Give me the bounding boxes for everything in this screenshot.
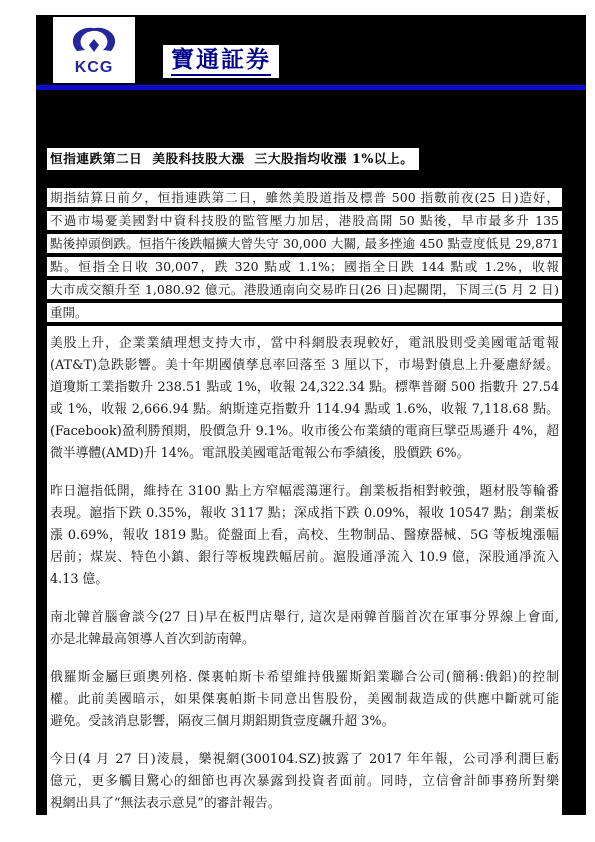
text-line: 或 1%，收報 2,666.94 點。納斯達克指數升 114.94 點或 1.6… — [50, 399, 559, 421]
article-paragraphs: 美股上升，企業業績理想支持大市，當中科網股表現較好，電訊股則受美國電話電報(AT… — [50, 333, 559, 815]
kcg-logo: KCG — [53, 17, 135, 83]
text-line: 道瓊斯工業指數升 238.51 點或 1%，收報 24,322.34 點。標準普… — [50, 377, 559, 399]
text-line: 俄羅斯金屬巨頭奧列格. 傑裏帕斯卡希望維持俄羅斯鋁業聯合公司(簡稱:俄鋁)的控制 — [50, 667, 559, 689]
paragraph: 今日(4 月 27 日)淩晨，樂視網(300104.SZ)披露了 2017 年年… — [50, 749, 559, 815]
brand-name: 寶通証券 — [171, 46, 271, 76]
text-line: 南北韓首腦會談今(27 日)早在板門店舉行, 這次是兩韓首腦首次在軍事分界線上會… — [50, 607, 559, 629]
brand-box: 寶通証券 — [163, 45, 279, 78]
text-line: 美股上升，企業業績理想支持大市，當中科網股表現較好，電訊股則受美國電話電報 — [50, 333, 559, 355]
text-line: 今日(4 月 27 日)淩晨，樂視網(300104.SZ)披露了 2017 年年… — [50, 749, 559, 771]
headline-text: 恒指連跌第二日 美股科技股大漲 三大股指均收漲 1%以上。 — [50, 151, 414, 166]
boxed-paragraph: 期指結算日前夕，恒指連跌第二日，雖然美股道指及標普 500 指數前夜(25 日)… — [47, 188, 562, 326]
kcg-logo-label: KCG — [75, 60, 114, 76]
text-line: 微半導體(AMD)升 14%。電訊股美國電話電報公布季績後，股價跌 6%。 — [50, 443, 559, 465]
text-line: (Facebook)盈利勝預期，股價急升 9.1%。收市後公布業績的電商巨擘亞馬… — [50, 421, 559, 443]
boxed-text-line: 期指結算日前夕，恒指連跌第二日，雖然美股道指及標普 500 指數前夜(25 日)… — [47, 188, 562, 207]
text-line: 避免。受該消息影響，隔夜三個月期鋁期貨壹度飆升超 3%。 — [50, 711, 559, 733]
boxed-text-line: 重開。 — [47, 303, 562, 322]
text-line: 視網出具了“無法表示意見”的審計報告。 — [50, 793, 559, 815]
text-line: 昨日滬指低開，維持在 3100 點上方窄幅震蕩運行。創業板指相對較強，題材股等輪… — [50, 481, 559, 503]
text-line: 億元，更多觸目驚心的細節也再次暴露到投資者面前。同時，立信會計師事務所對樂 — [50, 771, 559, 793]
document-page: KCG 寶通証券 恒指連跌第二日 美股科技股大漲 三大股指均收漲 1%以上。 期… — [0, 0, 595, 842]
text-line: 漲 0.69%，報收 1819 點。從盤面上看，高校、生物制品、醫療器械、5G … — [50, 525, 559, 547]
text-line: 權。此前美國暗示，如果傑裏帕斯卡同意出售股份，美國制裁造成的供應中斷就可能 — [50, 689, 559, 711]
text-line: 居前；煤炭、特色小鎮、銀行等板塊跌幅居前。滬股通凈流入 10.9 億，深股通凈流… — [50, 547, 559, 569]
text-line: 4.13 億。 — [50, 569, 559, 591]
text-line: 亦是北韓最高領導人首次到訪南韓。 — [50, 629, 559, 651]
kcg-swoosh-icon — [69, 27, 119, 59]
paragraph: 昨日滬指低開，維持在 3100 點上方窄幅震蕩運行。創業板指相對較強，題材股等輪… — [50, 481, 559, 591]
document-frame: KCG 寶通証券 恒指連跌第二日 美股科技股大漲 三大股指均收漲 1%以上。 期… — [36, 15, 586, 815]
article-body: 美股上升，企業業績理想支持大市，當中科網股表現較好，電訊股則受美國電話電報(AT… — [47, 326, 562, 815]
paragraph: 南北韓首腦會談今(27 日)早在板門店舉行, 這次是兩韓首腦首次在軍事分界線上會… — [50, 607, 559, 651]
header-divider-line — [36, 85, 586, 90]
boxed-text-line: 點後掉頭倒跌。恒指午後跌幅擴大曾失守 30,000 大關, 最多挫逾 450 點… — [47, 234, 562, 253]
paragraph: 美股上升，企業業績理想支持大市，當中科網股表現較好，電訊股則受美國電話電報(AT… — [50, 333, 559, 465]
text-line: (AT&T)急跌影響。美十年期國債孳息率回落至 3 厘以下，市場對債息上升憂慮紓… — [50, 355, 559, 377]
boxed-text-line: 點。恒指全日收 30,007，跌 320 點或 1.1%；國指全日跌 144 點… — [47, 257, 562, 276]
headline-strip: 恒指連跌第二日 美股科技股大漲 三大股指均收漲 1%以上。 — [47, 148, 419, 170]
text-line: 表現。滬指下跌 0.35%，報收 3117 點；深成指下跌 0.09%，報收 1… — [50, 503, 559, 525]
paragraph: 俄羅斯金屬巨頭奧列格. 傑裏帕斯卡希望維持俄羅斯鋁業聯合公司(簡稱:俄鋁)的控制… — [50, 667, 559, 733]
boxed-text-line: 不過市場憂美國對中資科技股的監管壓力加居，港股高開 50 點後，早市最多升 13… — [47, 211, 562, 230]
boxed-text-line: 大市成交額升至 1,080.92 億元。港股通南向交易昨日(26 日)起關閉，下… — [47, 280, 562, 299]
